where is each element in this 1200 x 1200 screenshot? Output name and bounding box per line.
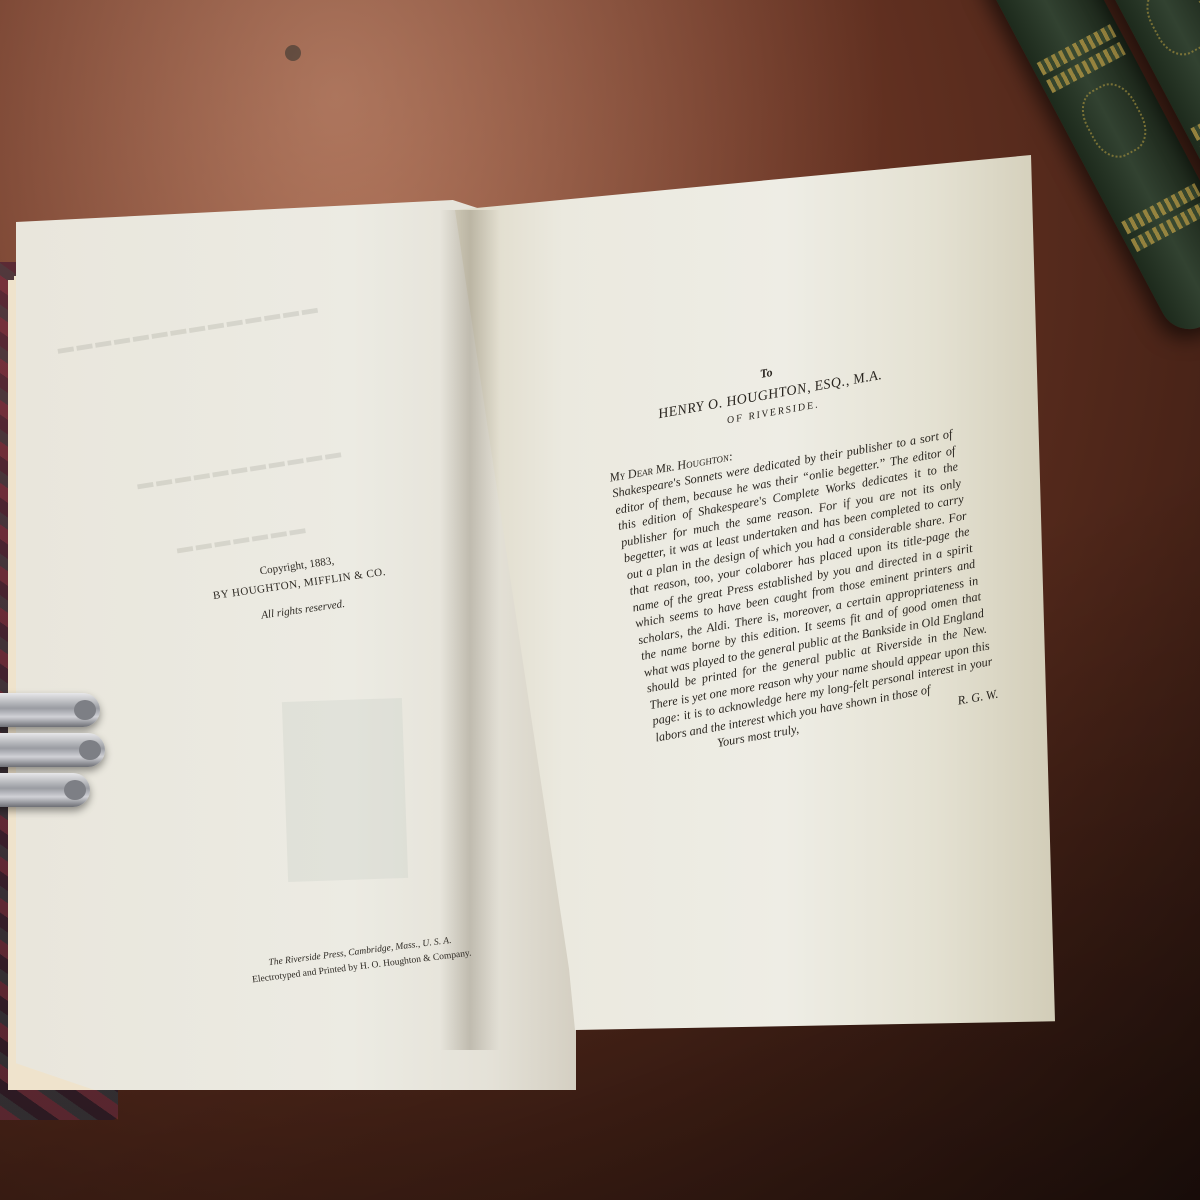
dedication: To HENRY O. HOUGHTON, ESQ., M.A. OF RIVE…	[595, 335, 999, 762]
show-through-text: ▬▬▬▬▬▬▬▬▬▬▬▬▬▬	[56, 299, 322, 358]
silver-hand-bookmark	[0, 675, 120, 825]
finger	[0, 773, 90, 807]
show-through-text: ▬▬▬▬▬▬▬	[175, 520, 309, 559]
show-through-text: ▬▬▬▬▬▬▬▬▬▬▬	[136, 444, 345, 494]
book-gutter	[440, 210, 500, 1050]
finger	[0, 693, 100, 727]
show-through-plate	[282, 698, 408, 882]
photo-scene: DIES ▬▬▬▬▬▬▬▬▬▬▬▬▬▬ ▬▬▬▬▬▬▬▬▬▬▬ ▬▬▬▬▬▬▬ …	[0, 0, 1200, 1200]
finger	[0, 733, 105, 767]
